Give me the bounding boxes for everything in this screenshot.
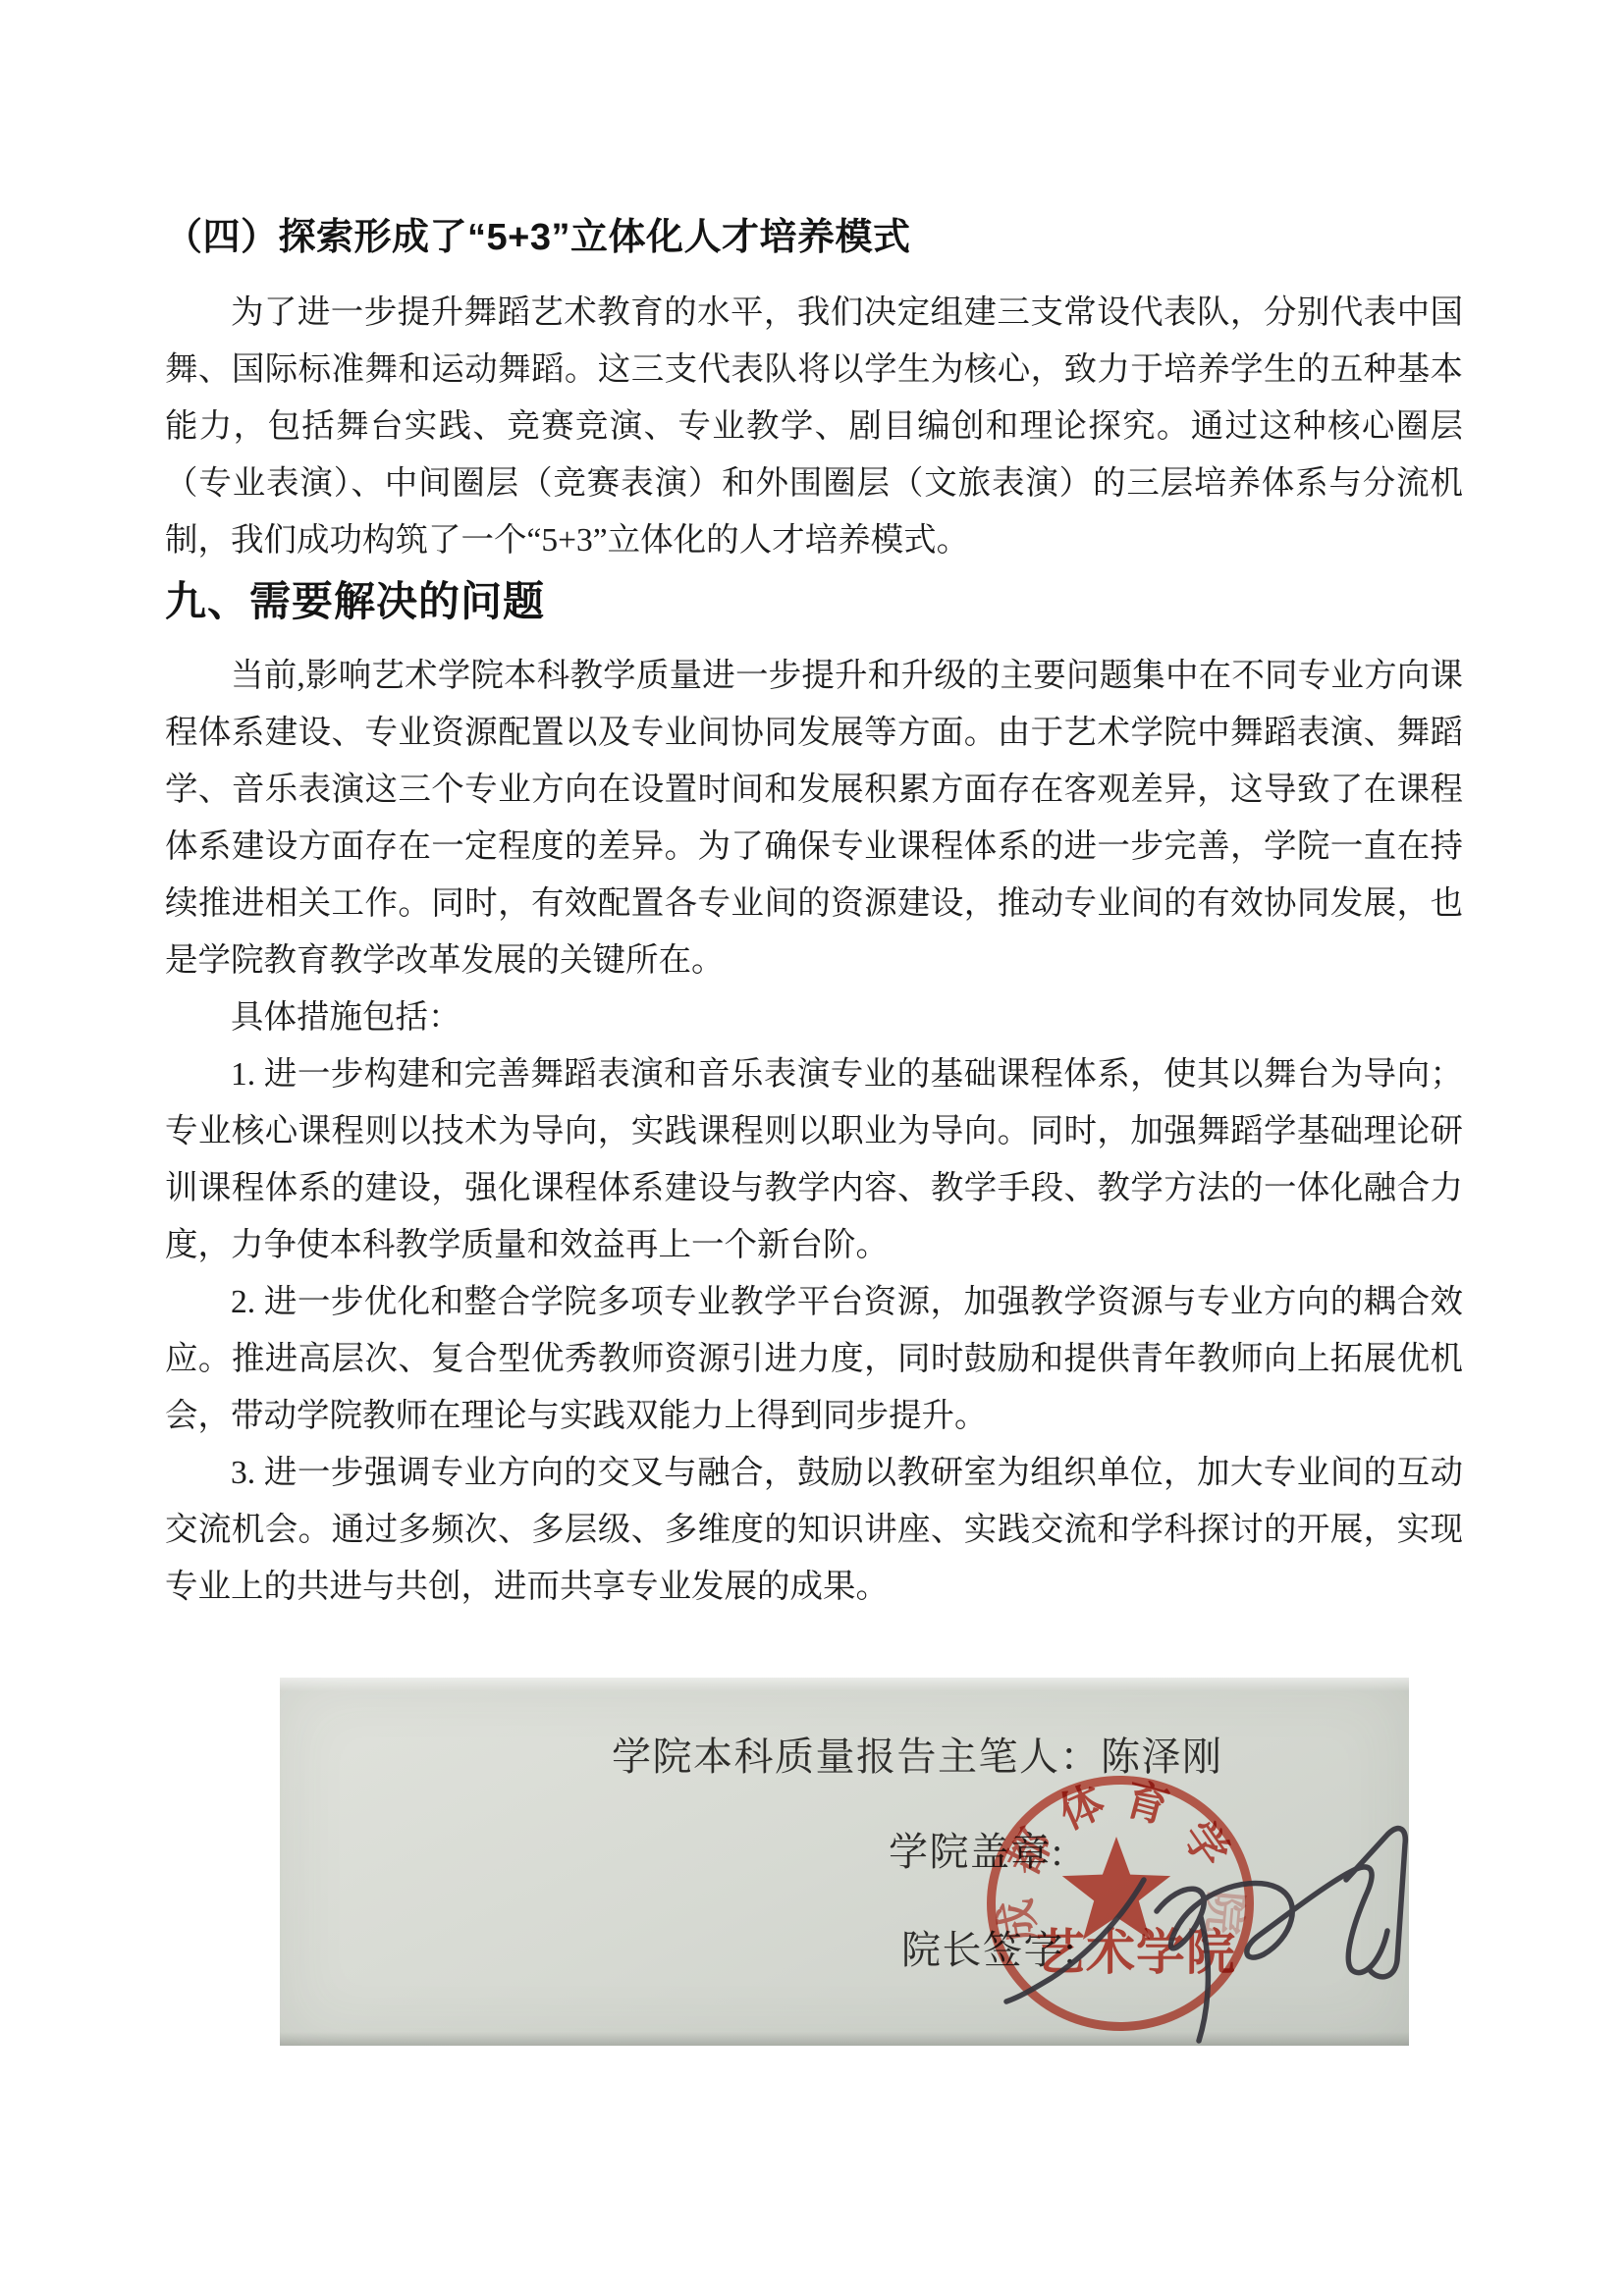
page: { "document": { "section4_heading": "（四）…: [0, 0, 1624, 2296]
section-heading-4: （四）探索形成了“5+3”立体化人才培养模式: [165, 216, 1463, 259]
paragraph-talent-model: 为了进一步提升舞蹈艺术教育的水平，我们决定组建三支常设代表队，分别代表中国舞、国…: [165, 285, 1463, 569]
section-heading-9: 九、需要解决的问题: [165, 579, 1463, 624]
handwritten-signature-icon: [280, 1678, 1409, 2046]
measure-item-2: 2. 进一步优化和整合学院多项专业教学平台资源，加强教学资源与专业方向的耦合效应…: [165, 1274, 1463, 1445]
measures-intro: 具体措施包括：: [165, 989, 1463, 1046]
signature-photo: 学院本科质量报告主笔人：陈泽刚 学院盖章: 院长签字: 成 都 体 育 学 院 …: [280, 1678, 1409, 2046]
measure-item-1: 1. 进一步构建和完善舞蹈表演和音乐表演专业的基础课程体系，使其以舞台为导向；专…: [165, 1046, 1463, 1274]
document-body: （四）探索形成了“5+3”立体化人才培养模式 为了进一步提升舞蹈艺术教育的水平，…: [165, 0, 1463, 2046]
paragraph-problems: 当前,影响艺术学院本科教学质量进一步提升和升级的主要问题集中在不同专业方向课程体…: [165, 648, 1463, 989]
measure-item-3: 3. 进一步强调专业方向的交叉与融合，鼓励以教研室为组织单位，加大专业间的互动交…: [165, 1445, 1463, 1616]
